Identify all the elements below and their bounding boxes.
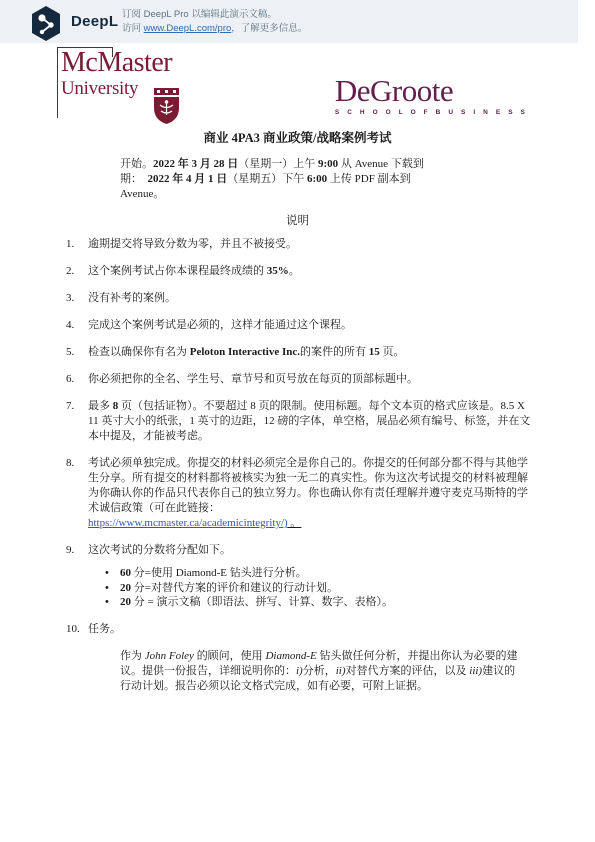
instruction-item-5: 5. 检查以确保你有名为 Peloton Interactive Inc.的案件… bbox=[66, 345, 534, 360]
item-number: 4. bbox=[66, 318, 88, 333]
image-frame-line bbox=[57, 47, 58, 118]
instruction-item-7: 7. 最多 8 页（包括证物）。不要超过 8 页的限制。使用标题。每个文本页的格… bbox=[66, 399, 534, 444]
item-number: 1. bbox=[66, 237, 88, 252]
deepl-pro-link[interactable]: www.DeepL.com/pro bbox=[144, 23, 232, 34]
banner-line2: 访问 www.DeepL.com/pro，了解更多信息。 bbox=[122, 22, 307, 36]
item-number: 9. bbox=[66, 543, 88, 558]
degroote-logo-tagline: S C H O O L O F B U S I N E S S bbox=[335, 109, 528, 116]
academic-integrity-link[interactable]: https://www.mcmaster.ca/academicintegrit… bbox=[88, 517, 288, 529]
item-text: 检查以确保你有名为 Peloton Interactive Inc.的案件的所有… bbox=[88, 345, 534, 360]
item-text: 完成这个案例考试是必须的，这样才能通过这个课程。 bbox=[88, 318, 534, 333]
bullet-text: 20 分 = 演示文稿（即语法、拼写、计算、数字、表格）。 bbox=[120, 595, 393, 610]
item-number: 10. bbox=[66, 622, 88, 637]
item-number: 2. bbox=[66, 264, 88, 279]
banner-line1: 订阅 DeepL Pro 以编辑此演示文稿。 bbox=[122, 8, 307, 22]
instruction-item-10: 10. 任务。 bbox=[66, 622, 534, 637]
task-paragraph: 作为 John Foley 的顾问，使用 Diamond-E 钻头做任何分析，并… bbox=[120, 649, 523, 694]
item-number: 8. bbox=[66, 456, 88, 531]
degroote-logo-name: DeGroote bbox=[335, 76, 528, 106]
item-text: 没有补考的案例。 bbox=[88, 291, 534, 306]
mcmaster-crest-icon bbox=[150, 87, 183, 130]
banner-message: 订阅 DeepL Pro 以编辑此演示文稿。 访问 www.DeepL.com/… bbox=[122, 8, 307, 35]
list-item: • 20 分=对替代方案的评价和建议的行动计划。 bbox=[105, 581, 534, 596]
page-title: 商业 4PA3 商业政策/战略案例考试 bbox=[0, 128, 595, 146]
banner-line2-suffix: ，了解更多信息。 bbox=[231, 23, 307, 34]
item-text: 这个案例考试占你本课程最终成绩的 35%。 bbox=[88, 264, 534, 279]
instructions-heading: 说明 bbox=[0, 212, 595, 228]
bullet-icon: • bbox=[105, 566, 120, 581]
instruction-item-1: 1. 逾期提交将导致分数为零，并且不被接受。 bbox=[66, 237, 534, 252]
item-number: 5. bbox=[66, 345, 88, 360]
item-number: 6. bbox=[66, 372, 88, 387]
deepl-banner: DeepL 订阅 DeepL Pro 以编辑此演示文稿。 访问 www.Deep… bbox=[0, 0, 578, 43]
bullet-text: 20 分=对替代方案的评价和建议的行动计划。 bbox=[120, 581, 338, 596]
deepl-hexagon-share-icon bbox=[28, 5, 64, 47]
instruction-item-6: 6. 你必须把你的全名、学生号、章节号和页号放在每页的顶部标题中。 bbox=[66, 372, 534, 387]
instruction-item-9: 9. 这次考试的分数将分配如下。 bbox=[66, 543, 534, 558]
list-item: • 20 分 = 演示文稿（即语法、拼写、计算、数字、表格）。 bbox=[105, 595, 534, 610]
item-text: 这次考试的分数将分配如下。 bbox=[88, 543, 534, 558]
deepl-wordmark: DeepL bbox=[71, 13, 118, 30]
item-text: 考试必须单独完成。你提交的材料必须完全是你自己的。你提交的任何部分都不得与其他学… bbox=[88, 456, 534, 531]
item-text: 你必须把你的全名、学生号、章节号和页号放在每页的顶部标题中。 bbox=[88, 372, 534, 387]
document-header: McMaster University DeGroote S C H O O L… bbox=[0, 43, 595, 128]
mcmaster-logo-line1: McMaster bbox=[61, 49, 172, 77]
banner-line2-prefix: 访问 bbox=[122, 23, 144, 34]
item-text: 任务。 bbox=[88, 622, 534, 637]
bullet-icon: • bbox=[105, 581, 120, 596]
grade-breakdown-list: • 60 分=使用 Diamond-E 钻头进行分析。 • 20 分=对替代方案… bbox=[105, 566, 534, 610]
item-number: 3. bbox=[66, 291, 88, 306]
instruction-item-8: 8. 考试必须单独完成。你提交的材料必须完全是你自己的。你提交的任何部分都不得与… bbox=[66, 456, 534, 531]
degroote-logo: DeGroote S C H O O L O F B U S I N E S S bbox=[335, 76, 528, 116]
item-text: 逾期提交将导致分数为零，并且不被接受。 bbox=[88, 237, 534, 252]
instruction-item-2: 2. 这个案例考试占你本课程最终成绩的 35%。 bbox=[66, 264, 534, 279]
instruction-item-3: 3. 没有补考的案例。 bbox=[66, 291, 534, 306]
list-item: • 60 分=使用 Diamond-E 钻头进行分析。 bbox=[105, 566, 534, 581]
instruction-item-4: 4. 完成这个案例考试是必须的，这样才能通过这个课程。 bbox=[66, 318, 534, 333]
item-text: 最多 8 页（包括证物）。不要超过 8 页的限制。使用标题。每个文本页的格式应该… bbox=[88, 399, 534, 444]
bullet-icon: • bbox=[105, 595, 120, 610]
bullet-text: 60 分=使用 Diamond-E 钻头进行分析。 bbox=[120, 566, 307, 581]
instructions-list: 1. 逾期提交将导致分数为零，并且不被接受。 2. 这个案例考试占你本课程最终成… bbox=[66, 237, 534, 694]
item-number: 7. bbox=[66, 399, 88, 444]
exam-dates: 开始。2022 年 3 月 28 日（星期一）上午 9:00 从 Avenue … bbox=[120, 157, 500, 202]
